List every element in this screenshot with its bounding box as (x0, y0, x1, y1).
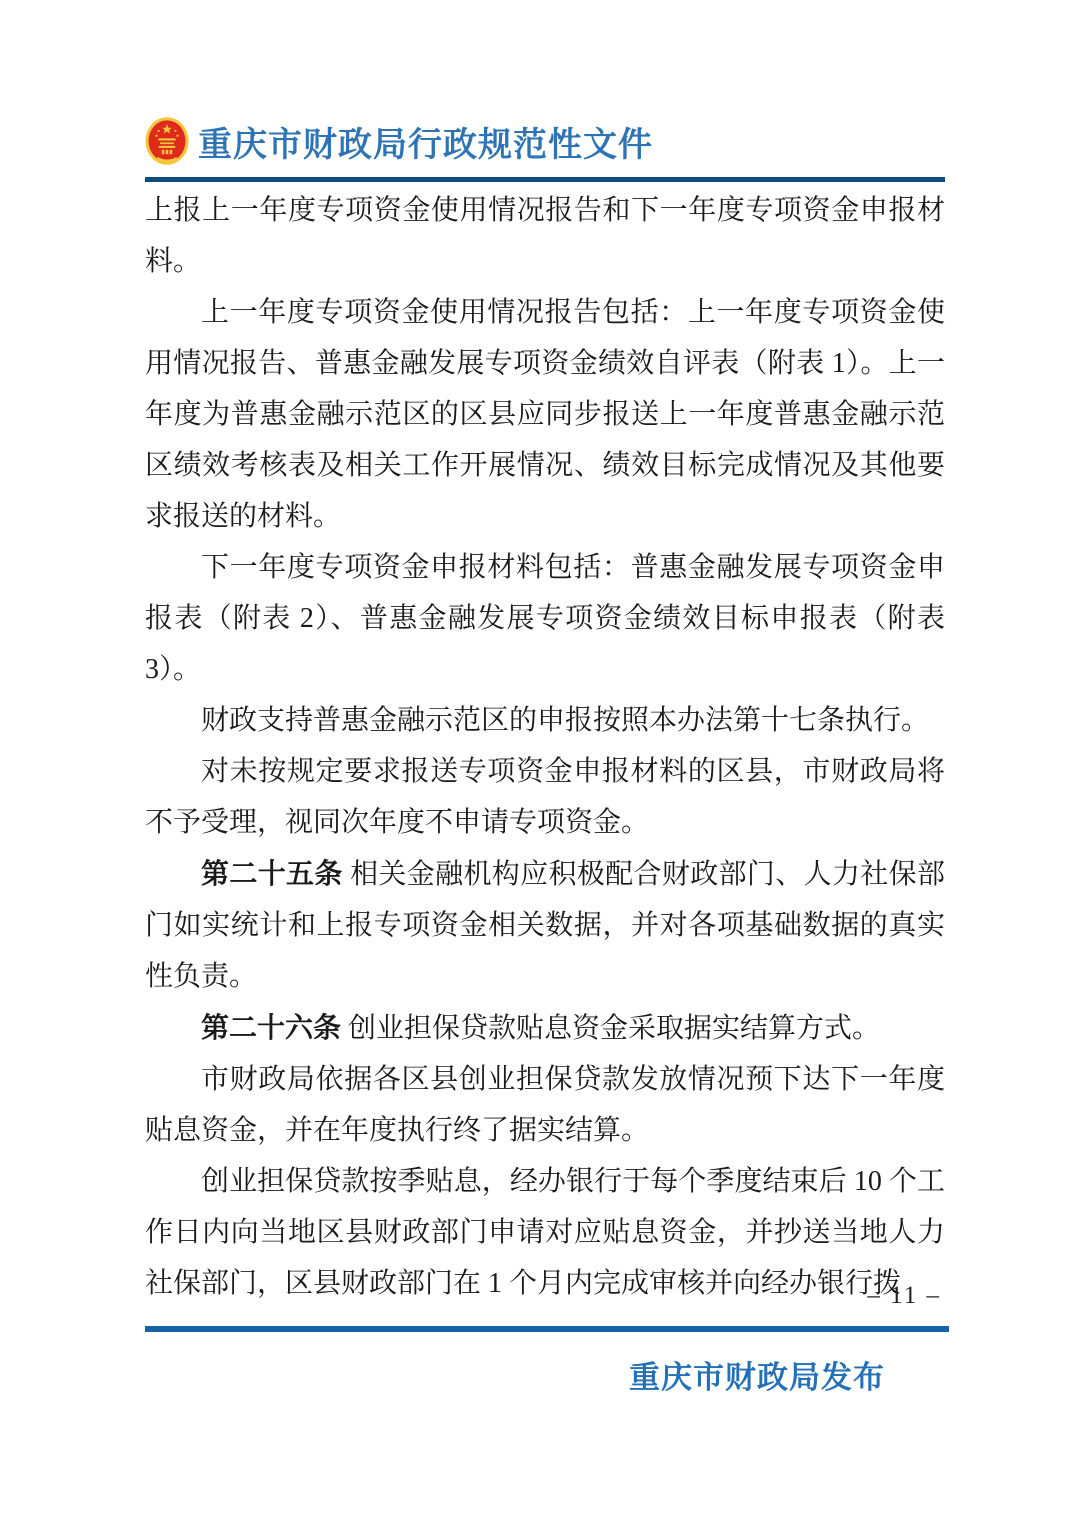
paragraph-text: 上报上一年度专项资金使用情况报告和下一年度专项资金申报材料。 (145, 195, 945, 277)
paragraph: 下一年度专项资金申报材料包括：普惠金融发展专项资金申报表（附表 2）、普惠金融发… (145, 542, 945, 695)
emblem-gate-roof (158, 138, 176, 140)
paragraph-text: 创业担保贷款按季贴息，经办银行于每个季度结束后 10 个工作日内向当地区县财政部… (145, 1166, 945, 1299)
content-area: 重庆市财政局行政规范性文件 上报上一年度专项资金使用情况报告和下一年度专项资金申… (145, 0, 945, 1309)
paragraph-text: 下一年度专项资金申报材料包括：普惠金融发展专项资金申报表（附表 2）、普惠金融发… (145, 552, 945, 685)
paragraph-text: 创业担保贷款贴息资金采取据实结算方式。 (341, 1013, 880, 1044)
document-header: 重庆市财政局行政规范性文件 (145, 116, 945, 166)
publisher-label: 重庆市财政局发布 (145, 1352, 885, 1397)
article-number: 第二十六条 (201, 1012, 341, 1043)
paragraph: 上一年度专项资金使用情况报告包括：上一年度专项资金使用情况报告、普惠金融发展专项… (145, 287, 945, 542)
paragraph-text: 上一年度专项资金使用情况报告包括：上一年度专项资金使用情况报告、普惠金融发展专项… (145, 297, 945, 532)
paragraph: 第二十五条 相关金融机构应积极配合财政部门、人力社保部门如实统计和上报专项资金相… (145, 848, 945, 1002)
paragraph: 对未按规定要求报送专项资金申报材料的区县，市财政局将不予受理，视同次年度不申请专… (145, 746, 945, 848)
document-page: 重庆市财政局行政规范性文件 上报上一年度专项资金使用情况报告和下一年度专项资金申… (0, 0, 1074, 1520)
paragraph: 第二十六条 创业担保贷款贴息资金采取据实结算方式。 (145, 1002, 945, 1054)
paragraph: 财政支持普惠金融示范区的申报按照本办法第十七条执行。 (145, 695, 945, 746)
paragraph-text: 市财政局依据各区县创业担保贷款发放情况预下达下一年度贴息资金，并在年度执行终了据… (145, 1064, 945, 1146)
paragraph: 市财政局依据各区县创业担保贷款发放情况预下达下一年度贴息资金，并在年度执行终了据… (145, 1054, 945, 1156)
document-body: 上报上一年度专项资金使用情况报告和下一年度专项资金申报材料。上一年度专项资金使用… (145, 185, 945, 1309)
paragraph: 上报上一年度专项资金使用情况报告和下一年度专项资金申报材料。 (145, 185, 945, 287)
footer-rule (145, 1326, 949, 1332)
article-number: 第二十五条 (201, 858, 343, 889)
page-title: 重庆市财政局行政规范性文件 (198, 117, 653, 166)
paragraph-text: 对未按规定要求报送专项资金申报材料的区县，市财政局将不予受理，视同次年度不申请专… (145, 756, 945, 838)
national-emblem-icon (145, 116, 189, 166)
paragraph-text: 财政支持普惠金融示范区的申报按照本办法第十七条执行。 (201, 705, 929, 736)
header-rule (145, 177, 945, 182)
page-number: – 11 – (145, 1282, 945, 1310)
